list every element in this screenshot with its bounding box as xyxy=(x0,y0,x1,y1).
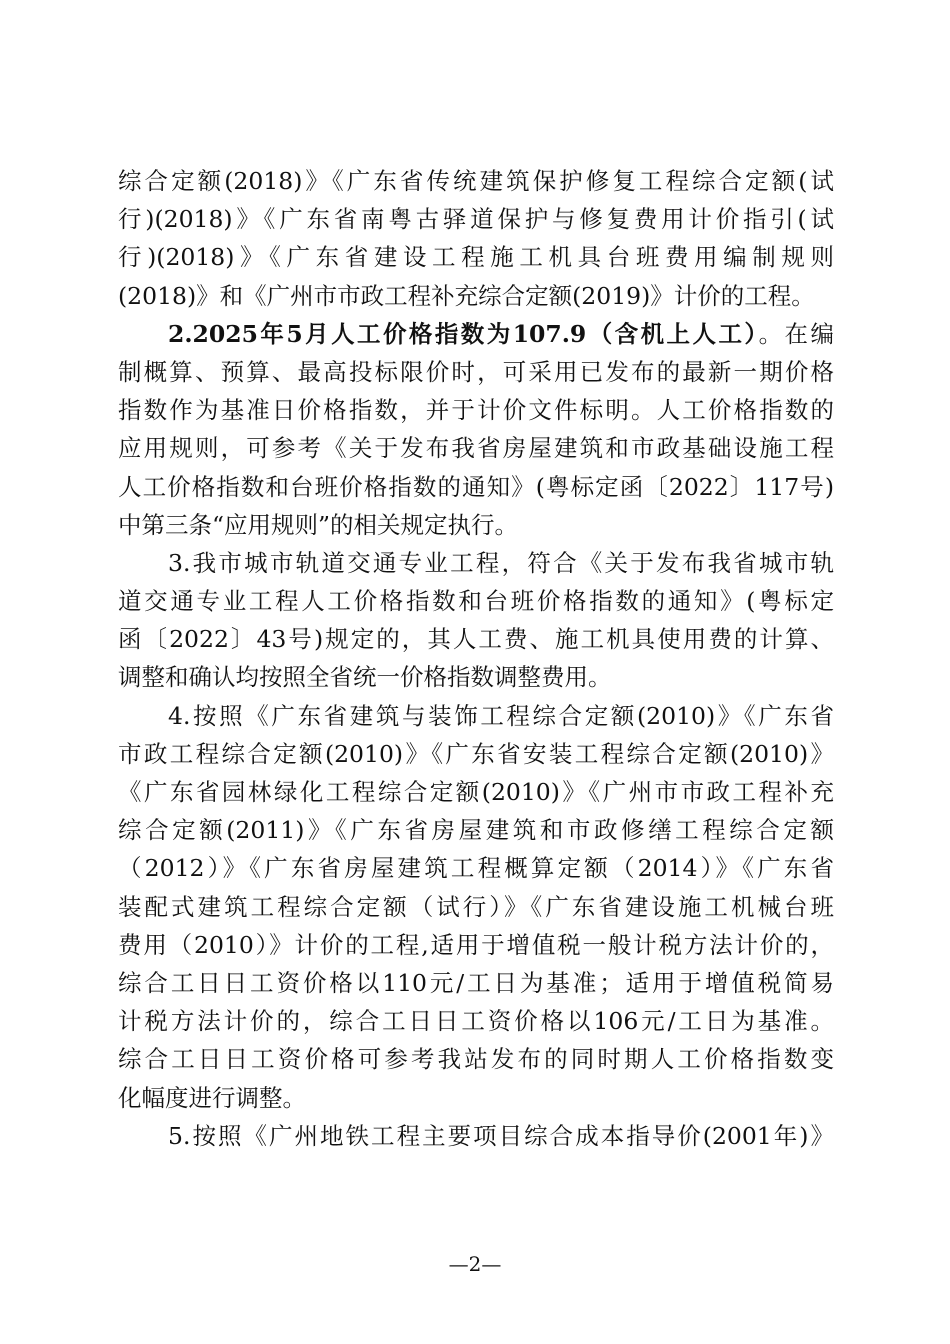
text-line: 《广东省园林绿化工程综合定额(2010)》《广州市市政工程补充 xyxy=(118,773,834,811)
text-line: (2018)》和《广州市市政工程补充综合定额(2019)》计价的工程。 xyxy=(118,277,834,315)
text-line: 行)(2018)》《广东省建设工程施工机具台班费用编制规则 xyxy=(118,238,834,276)
text-line: 综合工日日工资价格可参考我站发布的同时期人工价格指数变 xyxy=(118,1040,834,1078)
text-line: 综合定额(2011)》《广东省房屋建筑和市政修缮工程综合定额 xyxy=(118,811,834,849)
text-line: 计税方法计价的，综合工日日工资价格以106元/工日为基准。 xyxy=(118,1002,834,1040)
text-line: （2012）》《广东省房屋建筑工程概算定额（2014）》《广东省 xyxy=(118,849,834,887)
text-line: 制概算、预算、最高投标限价时，可采用已发布的最新一期价格 xyxy=(118,353,834,391)
text-line: 费用（2010）》计价的工程,适用于增值税一般计税方法计价的， xyxy=(118,926,834,964)
item-3-first-line: 3.我市城市轨道交通专业工程，符合《关于发布我省城市轨 xyxy=(118,544,834,582)
text-line: 综合定额(2018)》《广东省传统建筑保护修复工程综合定额(试 xyxy=(118,162,834,200)
labor-index-highlight: 2.2025年5月人工价格指数为107.9（含机上人工） xyxy=(168,320,759,348)
text-line: 中第三条“应用规则”的相关规定执行。 xyxy=(118,506,834,544)
page-number: —2— xyxy=(0,1252,950,1276)
document-body: 综合定额(2018)》《广东省传统建筑保护修复工程综合定额(试 行)(2018)… xyxy=(118,162,834,1155)
text-line: 行)(2018)》《广东省南粤古驿道保护与修复费用计价指引(试 xyxy=(118,200,834,238)
text-line: 应用规则，可参考《关于发布我省房屋建筑和市政基础设施工程 xyxy=(118,429,834,467)
text-line: 调整和确认均按照全省统一价格指数调整费用。 xyxy=(118,658,834,696)
text-line: 综合工日日工资价格以110元/工日为基准；适用于增值税简易 xyxy=(118,964,834,1002)
text-line: 道交通专业工程人工价格指数和台班价格指数的通知》(粤标定 xyxy=(118,582,834,620)
text-line: 装配式建筑工程综合定额（试行）》《广东省建设施工机械台班 xyxy=(118,888,834,926)
text-fragment: 。在编 xyxy=(759,320,834,348)
text-line: 指数作为基准日价格指数，并于计价文件标明。人工价格指数的 xyxy=(118,391,834,429)
item-5-first-line: 5.按照《广州地铁工程主要项目综合成本指导价(2001年)》 xyxy=(118,1117,834,1155)
text-line: 化幅度进行调整。 xyxy=(118,1079,834,1117)
text-line: 市政工程综合定额(2010)》《广东省安装工程综合定额(2010)》 xyxy=(118,735,834,773)
item-4-first-line: 4.按照《广东省建筑与装饰工程综合定额(2010)》《广东省 xyxy=(118,697,834,735)
text-line: 函〔2022〕43号)规定的，其人工费、施工机具使用费的计算、 xyxy=(118,620,834,658)
item-2-first-line: 2.2025年5月人工价格指数为107.9（含机上人工）。在编 xyxy=(118,315,834,353)
text-line: 人工价格指数和台班价格指数的通知》(粤标定函〔2022〕117号) xyxy=(118,468,834,506)
